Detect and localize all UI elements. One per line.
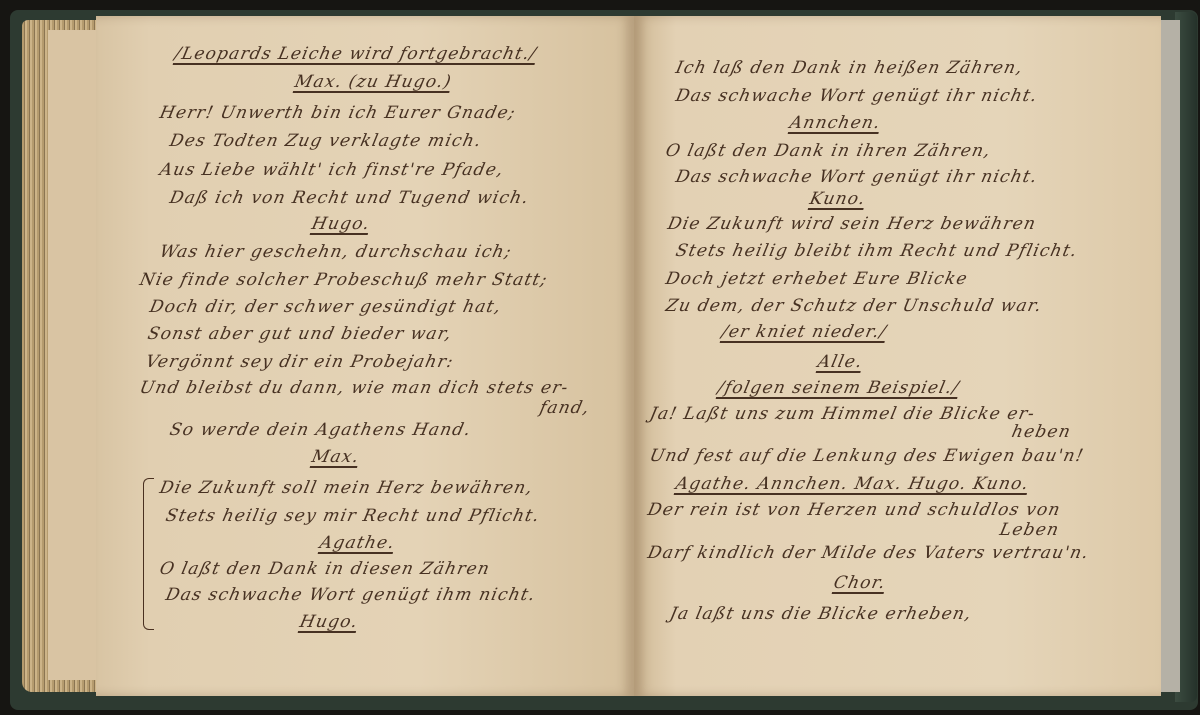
stage-direction: /folgen seinem Beispiel./ xyxy=(716,378,962,398)
verse-line: Ja! Laßt uns zum Himmel die Blicke er- xyxy=(648,404,1037,424)
verse-line: fand, xyxy=(538,398,592,418)
speaker-label: Agathe. Annchen. Max. Hugo. Kuno. xyxy=(674,474,1031,494)
verse-line: Stets heilig bleibt ihm Recht und Pflich… xyxy=(674,241,1080,261)
verse-line: Die Zukunft soll mein Herz bewähren, xyxy=(158,478,535,498)
verse-line: Was hier geschehn, durchschau ich; xyxy=(158,242,514,262)
speaker-label: Hugo. xyxy=(298,612,360,632)
stage-direction: /er kniet nieder./ xyxy=(720,322,889,342)
verse-line: Der rein ist von Herzen und schuldlos vo… xyxy=(646,500,1063,520)
speaker-label: Max. (zu Hugo.) xyxy=(293,72,454,92)
verse-line: Aus Liebe wählt' ich finst're Pfade, xyxy=(158,160,506,180)
speaker-label: Max. xyxy=(310,447,362,467)
verse-line: Ja laßt uns die Blicke erheben, xyxy=(668,604,974,624)
verse-line: heben xyxy=(1010,422,1073,442)
verse-line: Doch dir, der schwer gesündigt hat, xyxy=(148,297,504,317)
verse-line: Ich laß den Dank in heißen Zähren, xyxy=(674,58,1025,78)
stage-direction: /Leopards Leiche wird fortgebracht./ xyxy=(173,44,539,64)
speaker-label: Annchen. xyxy=(788,113,883,133)
verse-line: Stets heilig sey mir Recht und Pflicht. xyxy=(164,506,542,526)
bracket-mark xyxy=(143,478,154,630)
speaker-label: Hugo. xyxy=(310,214,372,234)
flyleaf xyxy=(48,30,100,680)
verse-line: Das schwache Wort genügt ihr nicht. xyxy=(674,86,1040,106)
verse-line: Zu dem, der Schutz der Unschuld war. xyxy=(664,296,1044,316)
verse-line: Vergönnt sey dir ein Probejahr: xyxy=(144,352,456,372)
speaker-label: Kuno. xyxy=(808,189,868,209)
speaker-label: Chor. xyxy=(832,573,888,593)
endpaper-flap xyxy=(1160,20,1180,692)
speaker-label: Alle. xyxy=(816,352,865,372)
verse-line: Daß ich von Recht und Tugend wich. xyxy=(168,188,531,208)
verse-line: Und fest auf die Lenkung des Ewigen bau'… xyxy=(648,446,1086,466)
verse-line: O laßt den Dank in diesen Zähren xyxy=(158,559,492,579)
verse-line: So werde dein Agathens Hand. xyxy=(168,420,473,440)
verse-line: Darf kindlich der Milde des Vaters vertr… xyxy=(646,543,1091,563)
speaker-label: Agathe. xyxy=(318,533,397,553)
verse-line: Die Zukunft wird sein Herz bewähren xyxy=(666,214,1038,234)
verse-line: Das schwache Wort genügt ihr nicht. xyxy=(674,167,1040,187)
verse-line: Das schwache Wort genügt ihm nicht. xyxy=(164,585,538,605)
verse-line: Sonst aber gut und bieder war, xyxy=(146,324,454,344)
verse-line: Des Todten Zug verklagte mich. xyxy=(168,131,484,151)
verse-line: Leben xyxy=(998,520,1062,540)
verse-line: Nie finde solcher Probeschuß mehr Statt; xyxy=(138,270,550,290)
verse-line: Herr! Unwerth bin ich Eurer Gnade; xyxy=(158,103,518,123)
verse-line: Und bleibst du dann, wie man dich stets … xyxy=(138,378,571,398)
verse-line: Doch jetzt erhebet Eure Blicke xyxy=(664,269,970,289)
verse-line: O laßt den Dank in ihren Zähren, xyxy=(664,141,993,161)
right-page xyxy=(634,16,1161,696)
